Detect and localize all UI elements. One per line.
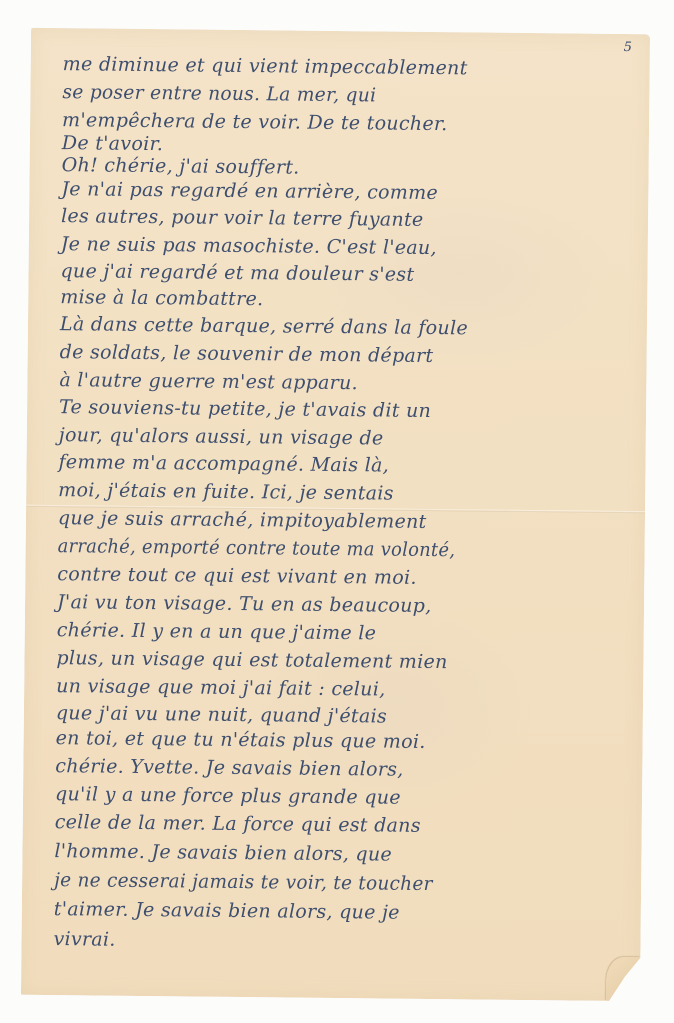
- text-line: se poser entre nous. La mer, qui: [62, 80, 376, 107]
- text-line: celle de la mer. La force qui est dans: [55, 810, 421, 838]
- page-number: 5: [624, 40, 632, 55]
- text-line: en toi, et que tu n'étais plus que moi.: [56, 726, 426, 754]
- text-line: l'homme. Je savais bien alors, que: [54, 839, 392, 867]
- letter-text: me diminue et qui vient impeccablement s…: [63, 40, 653, 46]
- text-line: moi, j'étais en fuite. Ici, je sentais: [58, 478, 394, 506]
- scanned-page: 5 me diminue et qui vient impeccablement…: [0, 0, 674, 1023]
- text-line: t'aimer. Je savais bien alors, que je: [54, 897, 400, 925]
- text-line: qu'il y a une force plus grande que: [55, 782, 401, 810]
- text-line: que j'ai vu une nuit, quand j'étais: [56, 701, 387, 728]
- text-line: Oh! chérie, j'ai souffert.: [62, 153, 300, 179]
- text-line: me diminue et qui vient impeccablement: [63, 52, 468, 80]
- text-line: contre tout ce qui est vivant en moi.: [57, 562, 417, 590]
- text-line: Je ne suis pas masochiste. C'est l'eau,: [61, 232, 437, 260]
- text-line: que j'ai regardé et ma douleur s'est: [60, 259, 414, 287]
- text-line: à l'autre guerre m'est apparu.: [59, 368, 358, 395]
- text-line: J'ai vu ton visage. Tu en as beaucoup,: [57, 590, 432, 618]
- text-line: mise à la combattre.: [60, 285, 263, 311]
- text-line: plus, un visage qui est totalement mien: [56, 646, 447, 674]
- text-line: les autres, pour voir la terre fuyante: [61, 204, 424, 232]
- text-line: de soldats, le souvenir de mon départ: [60, 340, 434, 368]
- folded-corner: [606, 957, 640, 1001]
- text-line: Là dans cette barque, serré dans la foul…: [60, 312, 468, 340]
- text-line: jour, qu'alors aussi, un visage de: [59, 423, 384, 450]
- text-line: arraché, emporté contre toute ma volonté…: [58, 534, 456, 562]
- text-line: vivrai.: [53, 927, 115, 952]
- text-line: Te souviens-tu petite, je t'avais dit un: [59, 395, 431, 423]
- text-line: Je n'ai pas regardé en arrière, comme: [61, 177, 438, 205]
- text-line: chérie. Yvette. Je savais bien alors,: [55, 754, 403, 782]
- letter-paper: 5 me diminue et qui vient impeccablement…: [21, 28, 650, 1001]
- text-line: je ne cesserai jamais te voir, te touche…: [54, 868, 433, 896]
- text-line: un visage que moi j'ai fait : celui,: [56, 674, 386, 701]
- text-line: femme m'a accompagné. Mais là,: [58, 450, 389, 477]
- text-line: chérie. Il y en a un que j'aime le: [57, 618, 377, 645]
- text-line: que je suis arraché, impitoyablement: [58, 506, 427, 534]
